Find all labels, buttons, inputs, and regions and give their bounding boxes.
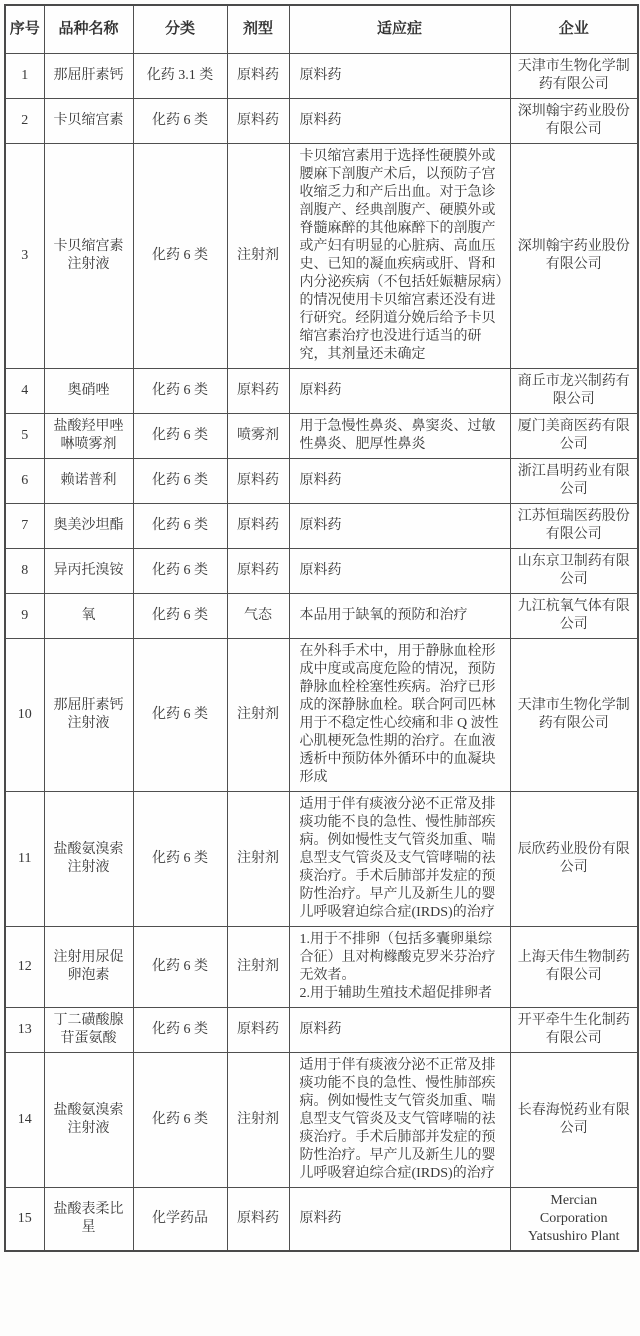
cell-dosage-form: 原料药 xyxy=(227,548,289,593)
cell-indication: 原料药 xyxy=(289,53,510,98)
cell-product-name: 卡贝缩宫素 xyxy=(44,98,133,143)
cell-category: 化药 3.1 类 xyxy=(133,53,227,98)
header-dosage-form: 剂型 xyxy=(227,5,289,53)
cell-indication: 原料药 xyxy=(289,458,510,503)
cell-dosage-form: 气态 xyxy=(227,593,289,638)
cell-product-name: 盐酸表柔比星 xyxy=(44,1187,133,1251)
cell-no: 5 xyxy=(5,413,44,458)
cell-category: 化药 6 类 xyxy=(133,638,227,791)
cell-no: 1 xyxy=(5,53,44,98)
table-row: 11盐酸氨溴索注射液化药 6 类注射剂适用于伴有痰液分泌不正常及排痰功能不良的急… xyxy=(5,791,638,926)
cell-dosage-form: 喷雾剂 xyxy=(227,413,289,458)
cell-no: 4 xyxy=(5,368,44,413)
cell-dosage-form: 原料药 xyxy=(227,53,289,98)
header-product-name: 品种名称 xyxy=(44,5,133,53)
cell-category: 化学药品 xyxy=(133,1187,227,1251)
cell-indication: 卡贝缩宫素用于选择性硬膜外或腰麻下剖腹产术后，以预防子宫收缩乏力和产后出血。对于… xyxy=(289,143,510,368)
cell-product-name: 盐酸羟甲唑啉喷雾剂 xyxy=(44,413,133,458)
table-row: 15盐酸表柔比星化学药品原料药原料药Mercian Corporation Ya… xyxy=(5,1187,638,1251)
table-row: 7奥美沙坦酯化药 6 类原料药原料药江苏恒瑞医药股份有限公司 xyxy=(5,503,638,548)
cell-category: 化药 6 类 xyxy=(133,926,227,1007)
cell-product-name: 丁二磺酸腺苷蛋氨酸 xyxy=(44,1007,133,1052)
cell-dosage-form: 原料药 xyxy=(227,1187,289,1251)
cell-product-name: 盐酸氨溴索注射液 xyxy=(44,791,133,926)
cell-product-name: 赖诺普利 xyxy=(44,458,133,503)
header-row: 序号 品种名称 分类 剂型 适应症 企业 xyxy=(5,5,638,53)
table-row: 1那屈肝素钙化药 3.1 类原料药原料药天津市生物化学制药有限公司 xyxy=(5,53,638,98)
cell-dosage-form: 注射剂 xyxy=(227,791,289,926)
table-row: 5盐酸羟甲唑啉喷雾剂化药 6 类喷雾剂用于急慢性鼻炎、鼻窦炎、过敏性鼻炎、肥厚性… xyxy=(5,413,638,458)
table-row: 8异丙托溴铵化药 6 类原料药原料药山东京卫制药有限公司 xyxy=(5,548,638,593)
cell-dosage-form: 注射剂 xyxy=(227,638,289,791)
cell-category: 化药 6 类 xyxy=(133,503,227,548)
cell-dosage-form: 原料药 xyxy=(227,458,289,503)
cell-indication: 原料药 xyxy=(289,98,510,143)
cell-category: 化药 6 类 xyxy=(133,1052,227,1187)
cell-indication: 原料药 xyxy=(289,1007,510,1052)
header-company: 企业 xyxy=(510,5,638,53)
page: 序号 品种名称 分类 剂型 适应症 企业 1那屈肝素钙化药 3.1 类原料药原料… xyxy=(0,0,640,1336)
cell-indication: 原料药 xyxy=(289,548,510,593)
cell-category: 化药 6 类 xyxy=(133,791,227,926)
cell-company: 上海天伟生物制药有限公司 xyxy=(510,926,638,1007)
table-row: 13丁二磺酸腺苷蛋氨酸化药 6 类原料药原料药开平牵牛生化制药有限公司 xyxy=(5,1007,638,1052)
header-indication: 适应症 xyxy=(289,5,510,53)
cell-indication: 原料药 xyxy=(289,503,510,548)
cell-indication: 本品用于缺氧的预防和治疗 xyxy=(289,593,510,638)
cell-company: 商丘市龙兴制药有限公司 xyxy=(510,368,638,413)
cell-no: 6 xyxy=(5,458,44,503)
table-body: 1那屈肝素钙化药 3.1 类原料药原料药天津市生物化学制药有限公司2卡贝缩宫素化… xyxy=(5,53,638,1251)
cell-company: 辰欣药业股份有限公司 xyxy=(510,791,638,926)
cell-no: 8 xyxy=(5,548,44,593)
cell-indication: 适用于伴有痰液分泌不正常及排痰功能不良的急性、慢性肺部疾病。例如慢性支气管炎加重… xyxy=(289,1052,510,1187)
cell-product-name: 氧 xyxy=(44,593,133,638)
cell-no: 13 xyxy=(5,1007,44,1052)
cell-indication: 原料药 xyxy=(289,368,510,413)
table-row: 12注射用尿促卵泡素化药 6 类注射剂1.用于不排卵（包括多囊卵巢综合征）且对枸… xyxy=(5,926,638,1007)
cell-category: 化药 6 类 xyxy=(133,1007,227,1052)
table-row: 9氧化药 6 类气态本品用于缺氧的预防和治疗九江杭氧气体有限公司 xyxy=(5,593,638,638)
cell-dosage-form: 注射剂 xyxy=(227,926,289,1007)
table-row: 10那屈肝素钙注射液化药 6 类注射剂在外科手术中，用于静脉血栓形成中度或高度危… xyxy=(5,638,638,791)
table-row: 4奥硝唑化药 6 类原料药原料药商丘市龙兴制药有限公司 xyxy=(5,368,638,413)
cell-dosage-form: 原料药 xyxy=(227,503,289,548)
cell-company: 九江杭氧气体有限公司 xyxy=(510,593,638,638)
cell-dosage-form: 原料药 xyxy=(227,98,289,143)
cell-dosage-form: 原料药 xyxy=(227,368,289,413)
table-row: 2卡贝缩宫素化药 6 类原料药原料药深圳翰宇药业股份有限公司 xyxy=(5,98,638,143)
cell-no: 12 xyxy=(5,926,44,1007)
cell-no: 14 xyxy=(5,1052,44,1187)
cell-company: 长春海悦药业有限公司 xyxy=(510,1052,638,1187)
cell-no: 15 xyxy=(5,1187,44,1251)
cell-product-name: 那屈肝素钙注射液 xyxy=(44,638,133,791)
table-header: 序号 品种名称 分类 剂型 适应症 企业 xyxy=(5,5,638,53)
cell-product-name: 卡贝缩宫素注射液 xyxy=(44,143,133,368)
cell-product-name: 异丙托溴铵 xyxy=(44,548,133,593)
cell-company: 厦门美商医药有限公司 xyxy=(510,413,638,458)
cell-indication: 用于急慢性鼻炎、鼻窦炎、过敏性鼻炎、肥厚性鼻炎 xyxy=(289,413,510,458)
cell-company: 深圳翰宇药业股份有限公司 xyxy=(510,143,638,368)
cell-indication: 适用于伴有痰液分泌不正常及排痰功能不良的急性、慢性肺部疾病。例如慢性支气管炎加重… xyxy=(289,791,510,926)
cell-company: 开平牵牛生化制药有限公司 xyxy=(510,1007,638,1052)
cell-category: 化药 6 类 xyxy=(133,368,227,413)
cell-product-name: 盐酸氨溴索注射液 xyxy=(44,1052,133,1187)
cell-category: 化药 6 类 xyxy=(133,593,227,638)
table-row: 6赖诺普利化药 6 类原料药原料药浙江昌明药业有限公司 xyxy=(5,458,638,503)
cell-product-name: 注射用尿促卵泡素 xyxy=(44,926,133,1007)
cell-category: 化药 6 类 xyxy=(133,98,227,143)
cell-no: 3 xyxy=(5,143,44,368)
cell-company: 深圳翰宇药业股份有限公司 xyxy=(510,98,638,143)
cell-indication: 在外科手术中，用于静脉血栓形成中度或高度危险的情况，预防静脉血栓栓塞性疾病。治疗… xyxy=(289,638,510,791)
cell-dosage-form: 原料药 xyxy=(227,1007,289,1052)
cell-product-name: 奥硝唑 xyxy=(44,368,133,413)
cell-category: 化药 6 类 xyxy=(133,548,227,593)
cell-category: 化药 6 类 xyxy=(133,413,227,458)
cell-product-name: 那屈肝素钙 xyxy=(44,53,133,98)
table-row: 14盐酸氨溴索注射液化药 6 类注射剂适用于伴有痰液分泌不正常及排痰功能不良的急… xyxy=(5,1052,638,1187)
cell-company: Mercian Corporation Yatsushiro Plant xyxy=(510,1187,638,1251)
cell-no: 2 xyxy=(5,98,44,143)
cell-indication: 1.用于不排卵（包括多囊卵巢综合征）且对枸橼酸克罗米芬治疗无效者。 2.用于辅助… xyxy=(289,926,510,1007)
cell-dosage-form: 注射剂 xyxy=(227,143,289,368)
cell-indication: 原料药 xyxy=(289,1187,510,1251)
cell-product-name: 奥美沙坦酯 xyxy=(44,503,133,548)
cell-no: 10 xyxy=(5,638,44,791)
cell-company: 天津市生物化学制药有限公司 xyxy=(510,638,638,791)
header-no: 序号 xyxy=(5,5,44,53)
cell-company: 山东京卫制药有限公司 xyxy=(510,548,638,593)
cell-company: 浙江昌明药业有限公司 xyxy=(510,458,638,503)
header-category: 分类 xyxy=(133,5,227,53)
cell-no: 9 xyxy=(5,593,44,638)
cell-company: 天津市生物化学制药有限公司 xyxy=(510,53,638,98)
cell-no: 7 xyxy=(5,503,44,548)
cell-dosage-form: 注射剂 xyxy=(227,1052,289,1187)
table-row: 3卡贝缩宫素注射液化药 6 类注射剂卡贝缩宫素用于选择性硬膜外或腰麻下剖腹产术后… xyxy=(5,143,638,368)
cell-company: 江苏恒瑞医药股份有限公司 xyxy=(510,503,638,548)
cell-no: 11 xyxy=(5,791,44,926)
cell-category: 化药 6 类 xyxy=(133,143,227,368)
drug-approval-table: 序号 品种名称 分类 剂型 适应症 企业 1那屈肝素钙化药 3.1 类原料药原料… xyxy=(4,4,639,1252)
cell-category: 化药 6 类 xyxy=(133,458,227,503)
